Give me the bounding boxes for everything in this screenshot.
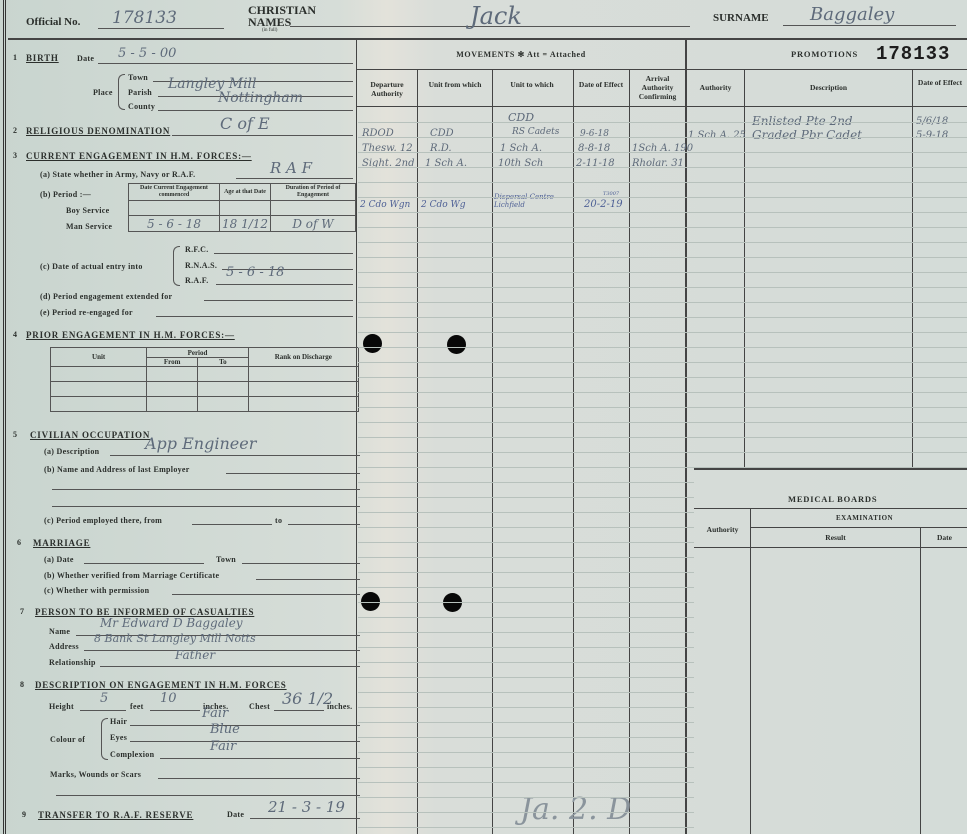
marriage-num: 6 bbox=[17, 538, 21, 547]
mv-row-4-departure: 2 Cdo Wgn bbox=[360, 200, 410, 210]
casualty-address-line bbox=[84, 650, 360, 651]
surname-value: Baggaley bbox=[810, 4, 894, 25]
marriage-date-line bbox=[84, 563, 204, 564]
place-brace bbox=[118, 74, 125, 110]
town-label: Town bbox=[128, 73, 148, 82]
raf-line bbox=[216, 284, 353, 285]
official-no-label: Official No. bbox=[26, 16, 80, 28]
ruled-line bbox=[358, 587, 694, 588]
movements-header-divider bbox=[357, 106, 967, 107]
entry-label: (c) Date of actual entry into bbox=[40, 262, 143, 271]
medical-title: MEDICAL BOARDS bbox=[788, 494, 877, 504]
ruled-line bbox=[358, 167, 967, 168]
mv-col-departure: Departure Authority bbox=[358, 80, 416, 98]
prior-cell bbox=[248, 382, 358, 397]
prior-cell bbox=[198, 367, 249, 382]
left-border bbox=[3, 0, 6, 834]
marriage-c-label: (c) Whether with permission bbox=[44, 586, 149, 595]
punch-hole bbox=[363, 334, 382, 353]
marriage-c-line bbox=[172, 594, 360, 595]
marriage-title: MARRIAGE bbox=[33, 538, 90, 548]
ruled-line bbox=[358, 737, 694, 738]
religion-line bbox=[172, 135, 353, 136]
mv-col-date: Date of Effect bbox=[578, 80, 624, 89]
movements-title: MOVEMENTS ✻ Att = Attached bbox=[357, 50, 685, 59]
surname-line bbox=[783, 25, 956, 26]
period-col-duration: Duration of Period of Engagement bbox=[271, 184, 356, 201]
civilian-num: 5 bbox=[13, 430, 17, 439]
raf-label: R.A.F. bbox=[185, 276, 209, 285]
medical-col-authority: Authority bbox=[696, 525, 749, 534]
marriage-date-label: (a) Date bbox=[44, 555, 74, 564]
eyes-value: Blue bbox=[210, 722, 240, 737]
official-no-value: 178133 bbox=[112, 8, 177, 28]
ruled-line bbox=[358, 407, 967, 408]
casualties-num: 7 bbox=[20, 607, 24, 616]
rnas-label: R.N.A.S. bbox=[185, 261, 217, 270]
prior-cell bbox=[51, 367, 147, 382]
birth-date-label: Date bbox=[77, 54, 94, 63]
civilian-b-line-1 bbox=[226, 473, 360, 474]
pr-row-1-description: Graded Pbr Cadet bbox=[752, 128, 862, 142]
service-record-page: Official No. 178133 CHRISTIAN NAMES (in … bbox=[0, 0, 967, 834]
pr-col-authority: Authority bbox=[688, 83, 743, 92]
christian-names-value: Jack bbox=[470, 2, 522, 30]
ruled-line bbox=[358, 422, 967, 423]
man-service-age: 18 1/12 bbox=[220, 216, 271, 232]
pr-row-1-date: 5-9-18 bbox=[916, 130, 948, 141]
casualty-name-label: Name bbox=[49, 627, 70, 636]
christian-names-sub: (in full) bbox=[262, 28, 277, 33]
eyes-line bbox=[130, 741, 360, 742]
complexion-line bbox=[160, 758, 360, 759]
christian-names-label: CHRISTIAN NAMES bbox=[248, 4, 328, 28]
medical-col-result: Result bbox=[752, 533, 919, 542]
ruled-line bbox=[358, 812, 694, 813]
ruled-line bbox=[358, 797, 694, 798]
ruled-line bbox=[358, 572, 694, 573]
feet-value: 5 bbox=[100, 691, 108, 706]
ruled-line bbox=[358, 287, 967, 288]
feet-label: feet bbox=[130, 702, 144, 711]
reserve-num: 9 bbox=[22, 810, 26, 819]
chest-line bbox=[274, 710, 324, 711]
prior-cell bbox=[198, 397, 249, 412]
ruled-line bbox=[358, 362, 967, 363]
ruled-line bbox=[358, 722, 694, 723]
hair-value: Fair bbox=[202, 706, 228, 721]
prior-cell bbox=[51, 382, 147, 397]
man-service-date: 5 - 6 - 18 bbox=[129, 216, 220, 232]
county-line bbox=[158, 110, 353, 111]
marks-line-2 bbox=[56, 795, 360, 796]
promotions-stamp: 178133 bbox=[876, 43, 950, 65]
inches-value: 10 bbox=[160, 691, 177, 706]
ruled-line bbox=[358, 617, 694, 618]
prior-cell bbox=[198, 382, 249, 397]
ruled-line bbox=[358, 317, 967, 318]
mv-col-arrival: Arrival Authority Confirming bbox=[630, 74, 685, 101]
movements-header: MOVEMENTS ✻ Att = Attached bbox=[357, 42, 685, 70]
ruled-line bbox=[358, 512, 694, 513]
mv-col-unit-to: Unit to which bbox=[497, 80, 567, 89]
eyes-label: Eyes bbox=[110, 733, 127, 742]
complexion-value: Fair bbox=[210, 739, 236, 754]
prior-col-to: To bbox=[198, 358, 249, 367]
punch-hole bbox=[447, 335, 466, 354]
civilian-a-value: App Engineer bbox=[145, 434, 256, 453]
religion-title: RELIGIOUS DENOMINATION bbox=[26, 126, 170, 136]
period-col-age: Age at that Date bbox=[220, 184, 271, 201]
colour-label: Colour of bbox=[50, 735, 85, 744]
ruled-line bbox=[358, 122, 967, 123]
reserve-date-line bbox=[250, 818, 360, 819]
marriage-town-label: Town bbox=[216, 555, 236, 564]
engagement-b-label: (b) Period :— bbox=[40, 190, 91, 199]
medical-exam-line bbox=[750, 527, 967, 528]
raf-value: 5 - 6 - 18 bbox=[226, 265, 284, 280]
pr-row-1-authority: 1 Sch A. 25 bbox=[688, 130, 746, 141]
prior-cell bbox=[51, 397, 147, 412]
casualty-relationship-value: Father bbox=[175, 648, 215, 662]
hair-line bbox=[130, 725, 360, 726]
civilian-title: CIVILIAN OCCUPATION bbox=[30, 430, 150, 440]
engagement-a-label: (a) State whether in Army, Navy or R.A.F… bbox=[40, 170, 195, 179]
ruled-line bbox=[358, 752, 694, 753]
ruled-line bbox=[358, 482, 694, 483]
ruled-line bbox=[358, 152, 967, 153]
inches-line bbox=[150, 710, 200, 711]
engagement-a-value: R A F bbox=[270, 159, 312, 177]
civilian-b-line-2 bbox=[52, 489, 360, 490]
civilian-to-line bbox=[288, 524, 360, 525]
reserve-title: TRANSFER TO R.A.F. RESERVE bbox=[38, 810, 193, 820]
ruled-line bbox=[358, 827, 694, 828]
pr-row-0-description: Enlisted Pte 2nd bbox=[752, 114, 853, 128]
chest-value: 36 1/2 bbox=[282, 689, 333, 708]
county-label: County bbox=[128, 102, 155, 111]
ruled-line bbox=[358, 212, 967, 213]
ruled-line bbox=[358, 602, 694, 603]
ruled-line bbox=[358, 137, 967, 138]
ruled-line bbox=[358, 662, 694, 663]
chest-inches-label: inches. bbox=[327, 702, 352, 711]
surname-label: SURNAME bbox=[713, 12, 769, 24]
medical-divider bbox=[694, 468, 967, 470]
ruled-line bbox=[358, 347, 967, 348]
engagement-d-line bbox=[204, 300, 353, 301]
engagement-title: CURRENT ENGAGEMENT IN H.M. FORCES:— bbox=[26, 151, 252, 161]
ruled-line bbox=[358, 377, 967, 378]
county-value: Nottingham bbox=[218, 90, 303, 106]
casualty-name-value: Mr Edward D Baggaley bbox=[100, 616, 243, 630]
medical-examination: EXAMINATION bbox=[836, 514, 893, 522]
left-panel-divider bbox=[356, 40, 357, 834]
parish-label: Parish bbox=[128, 88, 152, 97]
medical-title-line bbox=[694, 508, 967, 509]
man-service-duration: D of W bbox=[271, 216, 356, 232]
medical-header-line bbox=[694, 547, 967, 548]
prior-cell bbox=[147, 397, 198, 412]
engagement-e-label: (e) Period re-engaged for bbox=[40, 308, 133, 317]
engagement-a-line bbox=[236, 178, 353, 179]
engagement-num: 3 bbox=[13, 151, 17, 160]
ruled-line bbox=[358, 527, 694, 528]
ruled-line bbox=[358, 227, 967, 228]
prior-col-rank: Rank on Discharge bbox=[248, 348, 358, 367]
description-title: DESCRIPTION ON ENGAGEMENT IN H.M. FORCES bbox=[35, 680, 287, 690]
period-table: Date Current Engagement commenced Age at… bbox=[128, 183, 356, 232]
hair-label: Hair bbox=[110, 717, 127, 726]
feet-line bbox=[80, 710, 126, 711]
mv-row-4-unit-to: Dispersal Centre Lichfield bbox=[494, 193, 572, 209]
rfc-line bbox=[214, 253, 353, 254]
pr-col-date: Date of Effect bbox=[914, 78, 966, 87]
prior-num: 4 bbox=[13, 330, 17, 339]
prior-cell bbox=[248, 367, 358, 382]
prior-cell bbox=[147, 382, 198, 397]
ruled-line bbox=[358, 452, 967, 453]
ruled-line bbox=[358, 302, 967, 303]
civilian-b-label: (b) Name and Address of last Employer bbox=[44, 465, 190, 474]
ruled-line bbox=[358, 632, 694, 633]
period-col-date: Date Current Engagement commenced bbox=[129, 184, 220, 201]
man-service-label: Man Service bbox=[66, 222, 112, 231]
civilian-from-line bbox=[192, 524, 272, 525]
casualty-relationship-label: Relationship bbox=[49, 658, 96, 667]
height-label: Height bbox=[49, 702, 74, 711]
prior-cell bbox=[248, 397, 358, 412]
official-no-line bbox=[98, 28, 224, 29]
chest-label: Chest bbox=[249, 702, 270, 711]
marriage-town-line bbox=[242, 563, 360, 564]
civilian-a-label: (a) Description bbox=[44, 447, 99, 456]
pr-col-description: Description bbox=[746, 83, 911, 92]
ruled-line bbox=[358, 557, 694, 558]
marks-label: Marks, Wounds or Scars bbox=[50, 770, 141, 779]
casualty-address-label: Address bbox=[49, 642, 79, 651]
mv-row-4-unit-from: 2 Cdo Wg bbox=[421, 200, 466, 210]
mv-row-4-date: 20-2-19 bbox=[584, 199, 623, 210]
ruled-line bbox=[358, 542, 694, 543]
description-num: 8 bbox=[20, 680, 24, 689]
civilian-c-label: (c) Period employed there, from bbox=[44, 516, 162, 525]
prior-engagement-table: Unit Period Rank on Discharge From To bbox=[50, 347, 359, 412]
birth-date-value: 5 - 5 - 00 bbox=[118, 46, 176, 61]
marks-line bbox=[158, 778, 360, 779]
pr-col-line bbox=[912, 70, 913, 468]
medical-col-line bbox=[920, 527, 921, 834]
ruled-line bbox=[358, 257, 967, 258]
ruled-line bbox=[358, 197, 967, 198]
birth-num: 1 bbox=[13, 53, 17, 62]
ruled-line bbox=[358, 242, 967, 243]
medical-col-date: Date bbox=[922, 533, 967, 542]
prior-title: PRIOR ENGAGEMENT IN H.M. FORCES:— bbox=[26, 330, 235, 340]
mv-row-1-unit-to: RS Cadets bbox=[512, 127, 559, 137]
religion-value: C of E bbox=[220, 114, 270, 133]
boy-service-duration bbox=[271, 201, 356, 216]
promotions-title: PROMOTIONS bbox=[791, 49, 858, 59]
prior-col-from: From bbox=[147, 358, 198, 367]
medical-col-line bbox=[750, 508, 751, 834]
colour-brace bbox=[101, 718, 108, 760]
place-label: Place bbox=[93, 88, 113, 97]
ruled-line bbox=[358, 392, 967, 393]
boy-service-date bbox=[129, 201, 220, 216]
birth-title: BIRTH bbox=[26, 53, 59, 63]
religion-num: 2 bbox=[13, 126, 17, 135]
marriage-b-label: (b) Whether verified from Marriage Certi… bbox=[44, 571, 219, 580]
mv-col-unit-from: Unit from which bbox=[418, 80, 492, 89]
movements-title-divider bbox=[357, 69, 967, 70]
boy-service-age bbox=[220, 201, 271, 216]
ruled-line bbox=[358, 182, 967, 183]
boy-service-label: Boy Service bbox=[66, 206, 110, 215]
civilian-a-line bbox=[110, 455, 360, 456]
engagement-d-label: (d) Period engagement extended for bbox=[40, 292, 172, 301]
casualty-relationship-line bbox=[100, 666, 360, 667]
prior-col-period: Period bbox=[147, 348, 248, 358]
prior-col-unit: Unit bbox=[51, 348, 147, 367]
ruled-line bbox=[358, 272, 967, 273]
engagement-e-line bbox=[156, 316, 353, 317]
ruled-line bbox=[358, 647, 694, 648]
ruled-line bbox=[358, 692, 694, 693]
reserve-date-label: Date bbox=[227, 810, 244, 819]
ruled-line bbox=[358, 782, 694, 783]
civilian-to-label: to bbox=[275, 516, 282, 525]
rfc-label: R.F.C. bbox=[185, 245, 209, 254]
ruled-line bbox=[358, 767, 694, 768]
ruled-line bbox=[358, 332, 967, 333]
ruled-line bbox=[358, 437, 967, 438]
prior-cell bbox=[147, 367, 198, 382]
ruled-line bbox=[358, 677, 694, 678]
civilian-b-line-3 bbox=[52, 506, 360, 507]
ruled-line bbox=[358, 467, 967, 468]
complexion-label: Complexion bbox=[110, 750, 154, 759]
header-divider bbox=[8, 38, 967, 40]
casualty-address-value: 8 Bank St Langley Mill Notts bbox=[94, 632, 256, 645]
reserve-date-value: 21 - 3 - 19 bbox=[268, 798, 345, 816]
marriage-b-line bbox=[256, 579, 360, 580]
entry-brace bbox=[173, 246, 180, 286]
birth-date-line bbox=[98, 63, 353, 64]
ruled-line bbox=[358, 497, 694, 498]
ruled-line bbox=[358, 707, 694, 708]
